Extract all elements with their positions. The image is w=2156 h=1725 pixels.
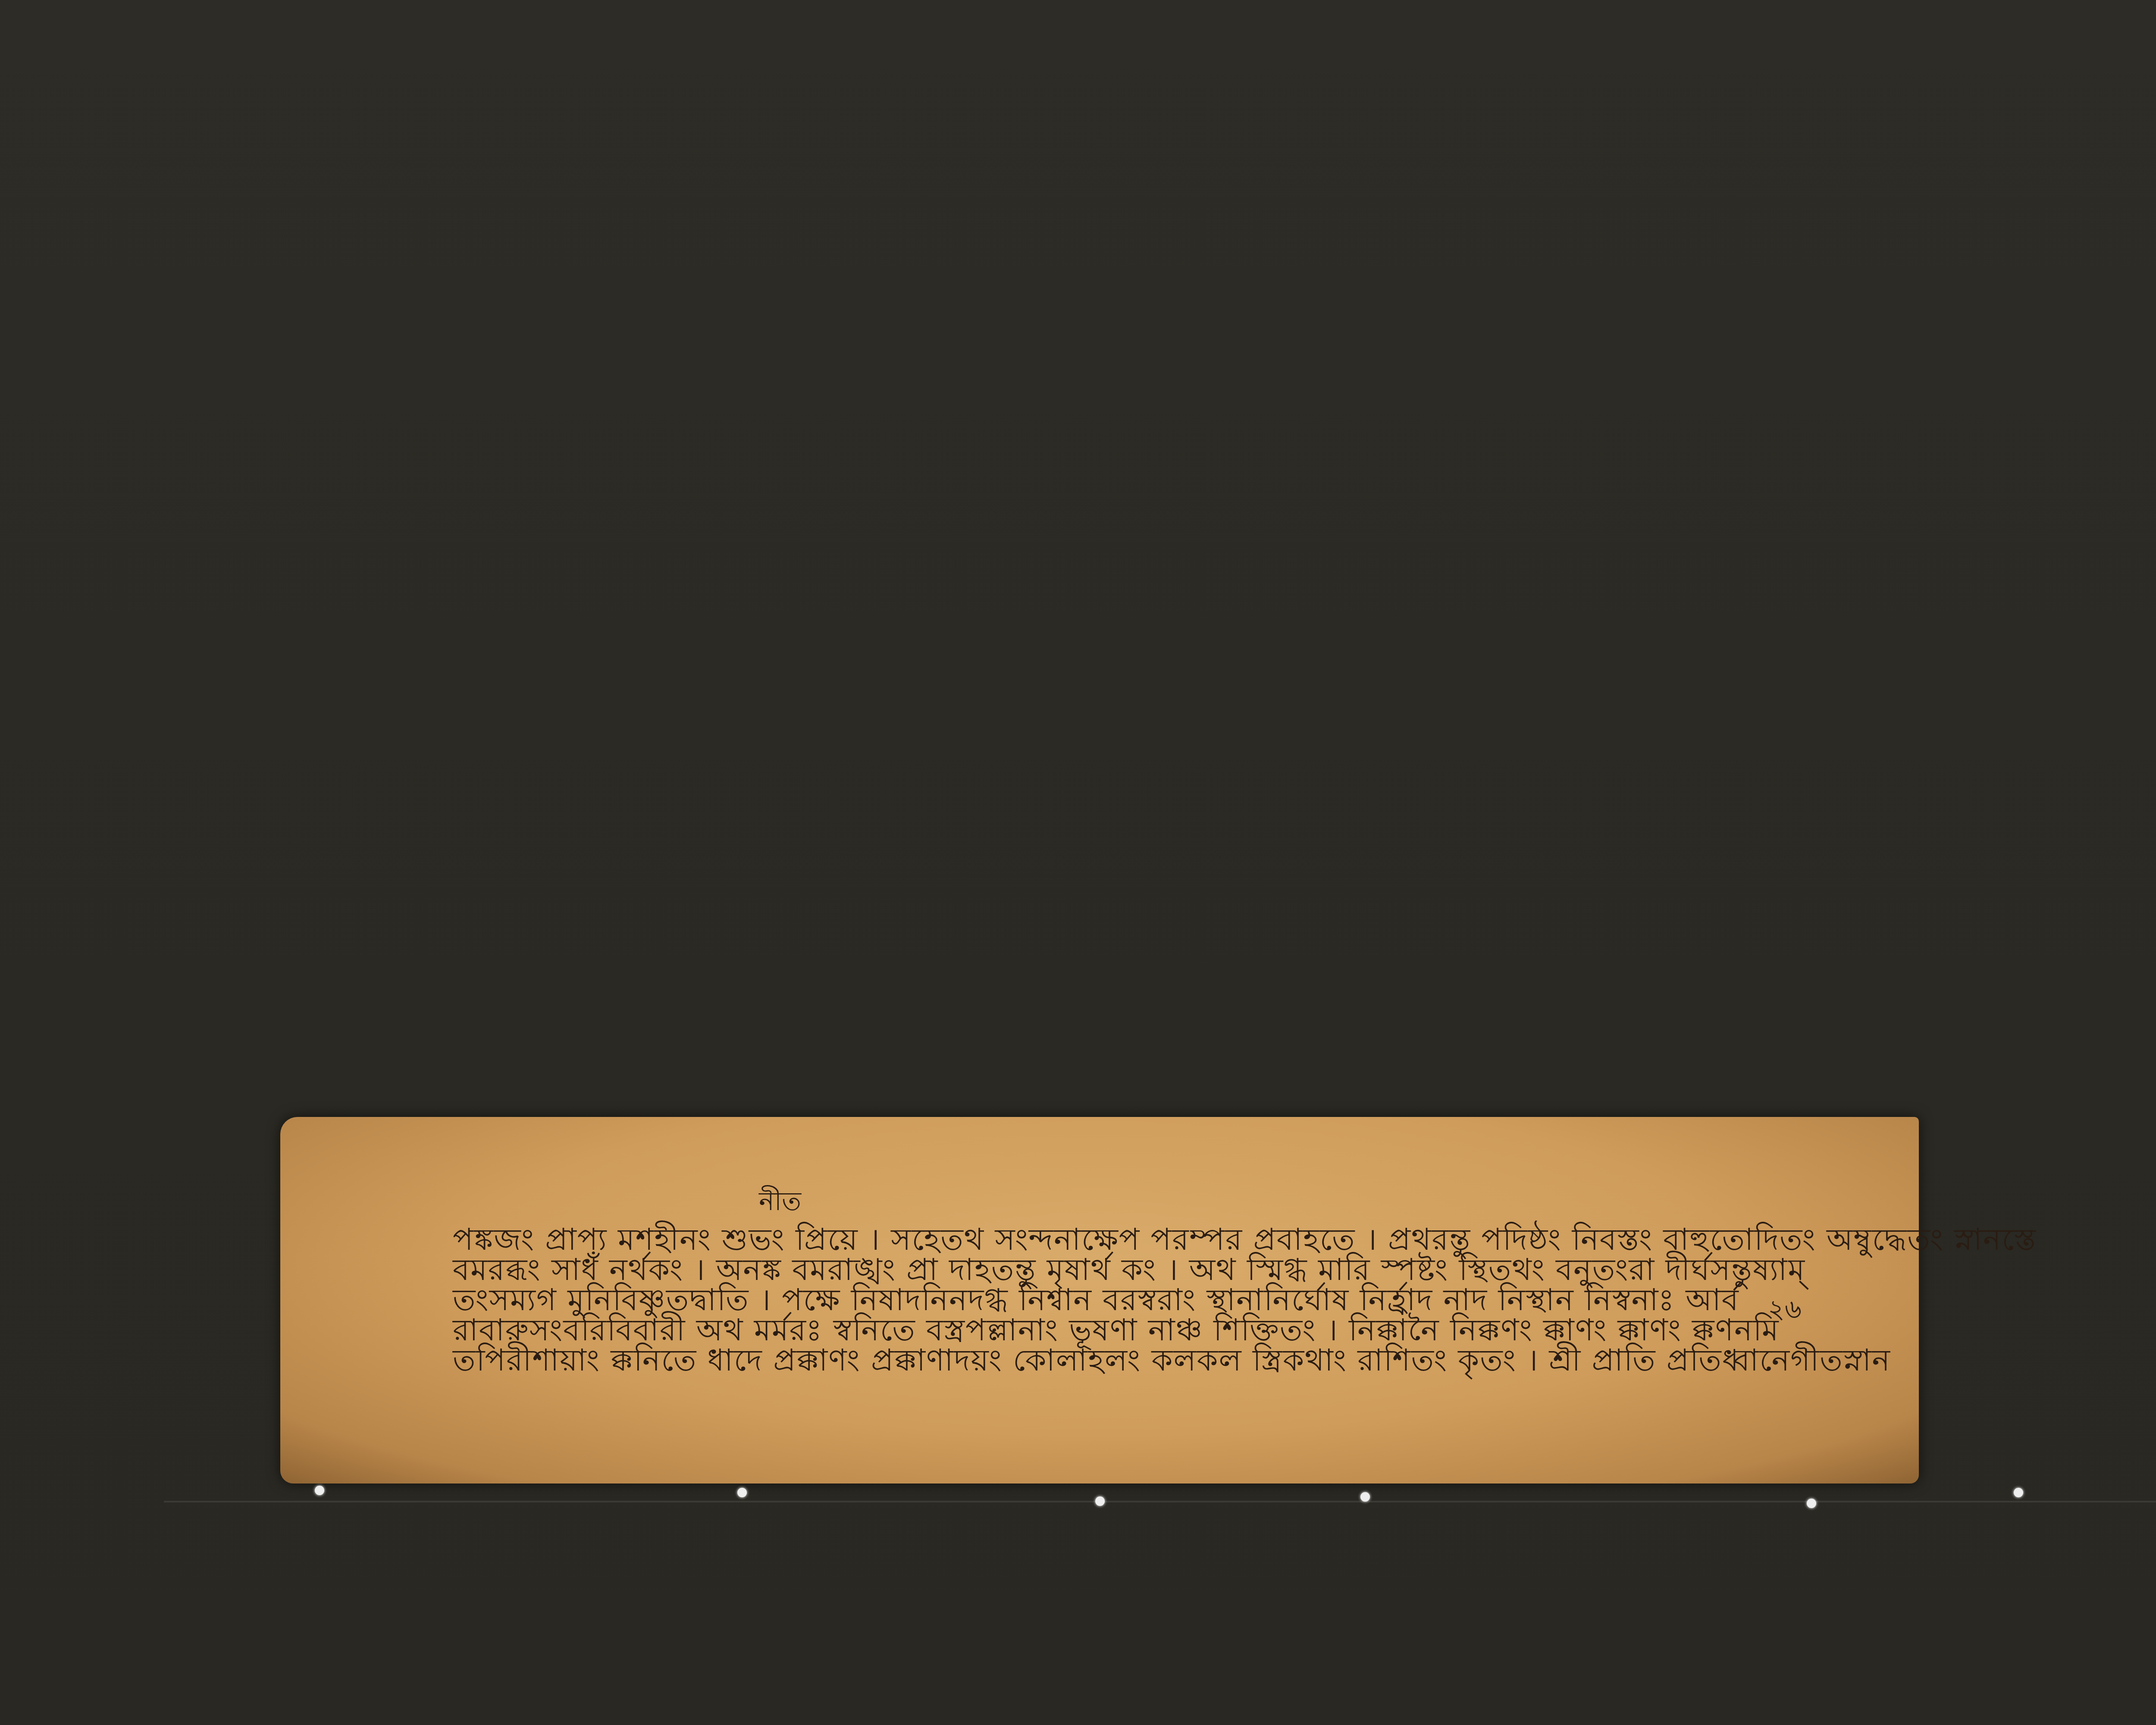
text-line: তপিরীশায়াং ক্কনিতে ধাদে প্রক্কাণং প্রক্… (453, 1337, 1891, 1387)
mount-line (164, 1501, 2156, 1502)
margin-number: ২৬ (1768, 1289, 1802, 1333)
pin (737, 1488, 747, 1497)
pin (1360, 1492, 1370, 1502)
pin (1095, 1496, 1105, 1506)
pin (315, 1486, 324, 1495)
manuscript-leaf: নীত পঙ্কজং প্রাপ্য মশহীনং শুভং প্রিয়ে ।… (280, 1117, 1919, 1483)
pin (2014, 1488, 2023, 1497)
pin (1807, 1499, 1816, 1508)
